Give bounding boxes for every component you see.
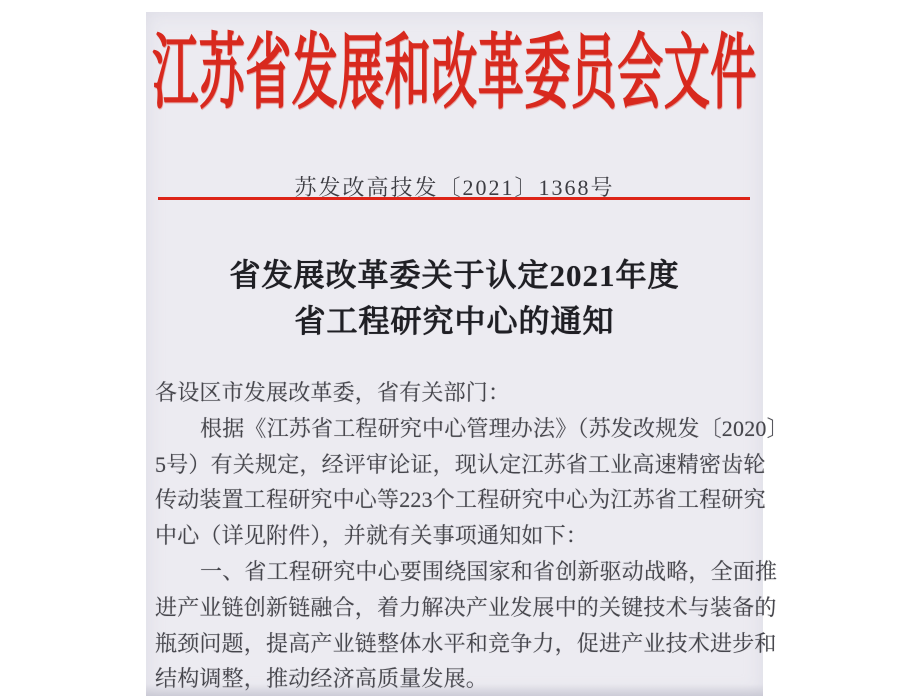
page-bottom-scan-shadow bbox=[146, 684, 763, 696]
masthead-container: 江苏省发展和改革委员会文件 bbox=[146, 33, 763, 90]
body-line: 传动装置工程研究中心等223个工程研究中心为江苏省工程研究 bbox=[155, 482, 753, 518]
body-line: 5号）有关规定，经评审论证，现认定江苏省工业高速精密齿轮 bbox=[155, 447, 753, 483]
body-line: 进产业链创新链融合，着力解决产业发展中的关键技术与装备的 bbox=[155, 590, 753, 626]
document-body: 各设区市发展改革委，省有关部门： 根据《江苏省工程研究中心管理办法》（苏发改规发… bbox=[155, 375, 753, 696]
document-page: 江苏省发展和改革委员会文件 苏发改高技发〔2021〕1368号 省发展改革委关于… bbox=[146, 12, 763, 696]
document-title-line-2: 省工程研究中心的通知 bbox=[146, 299, 763, 345]
agency-masthead: 江苏省发展和改革委员会文件 bbox=[152, 33, 757, 115]
document-title: 省发展改革委关于认定2021年度 省工程研究中心的通知 bbox=[146, 253, 763, 345]
body-line: 中心（详见附件），并就有关事项通知如下： bbox=[155, 518, 753, 554]
body-line: 瓶颈问题，提高产业链整体水平和竞争力，促进产业技术进步和 bbox=[155, 626, 753, 662]
body-line-item-one: 一、省工程研究中心要围绕国家和省创新驱动战略，全面推 bbox=[155, 554, 753, 590]
body-line-salutation: 各设区市发展改革委，省有关部门： bbox=[155, 375, 753, 411]
scanned-document-screenshot: 江苏省发展和改革委员会文件 苏发改高技发〔2021〕1368号 省发展改革委关于… bbox=[0, 0, 919, 696]
document-title-line-1: 省发展改革委关于认定2021年度 bbox=[146, 253, 763, 299]
body-line: 根据《江苏省工程研究中心管理办法》（苏发改规发〔2020〕 bbox=[155, 411, 753, 447]
red-divider-line bbox=[158, 197, 750, 200]
